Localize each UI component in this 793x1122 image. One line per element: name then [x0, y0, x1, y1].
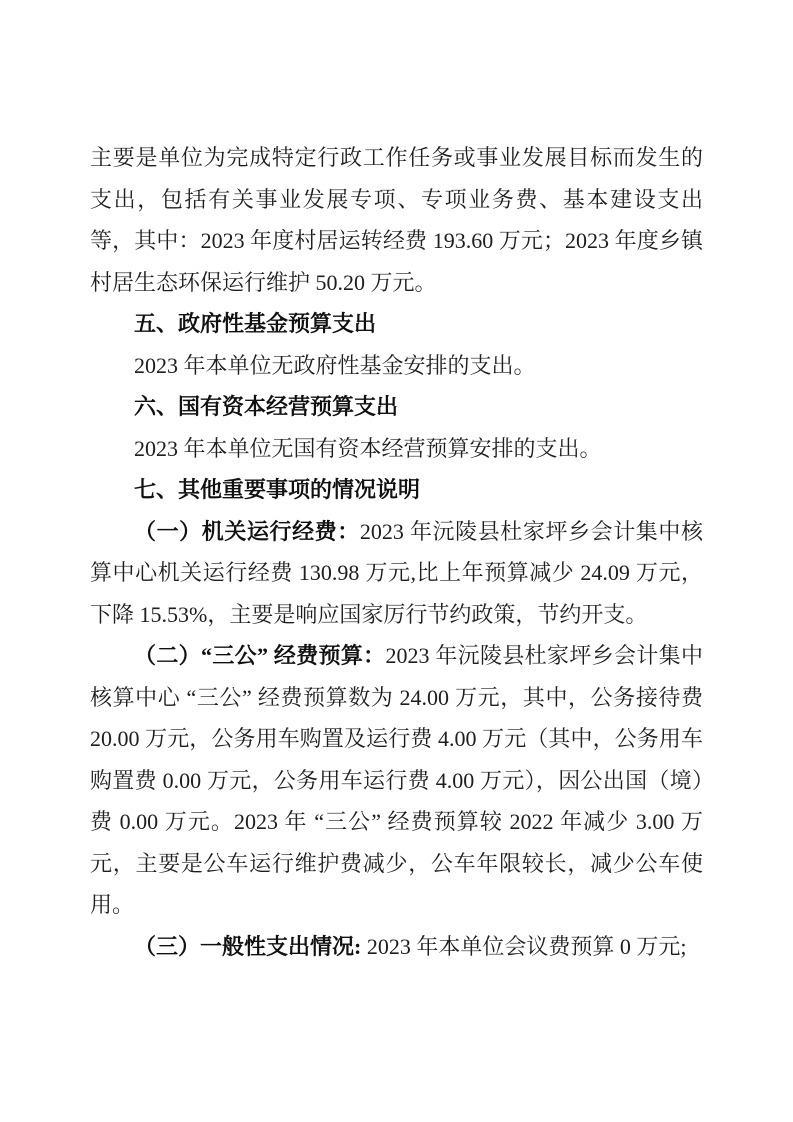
bold-lead-in: 五、政府性基金预算支出 [134, 311, 376, 336]
paragraph: 2023 年本单位无政府性基金安排的支出。 [90, 345, 703, 387]
bold-lead-in: 六、国有资本经营预算支出 [134, 394, 398, 419]
text-run: 2023 年本单位会议费预算 0 万元; [361, 934, 686, 959]
text-run: 主要是单位为完成特定行政工作任务或事业发展目标而发生的支出，包括有关事业发展专项… [90, 145, 703, 295]
paragraph: （一）机关运行经费：2023 年沅陵县杜家坪乡会计集中核算中心机关运行经费 13… [90, 511, 703, 636]
section-heading: 六、国有资本经营预算支出 [90, 386, 703, 428]
section-heading: 五、政府性基金预算支出 [90, 303, 703, 345]
paragraph: 2023 年本单位无国有资本经营预算安排的支出。 [90, 428, 703, 470]
text-run: 2023 年本单位无政府性基金安排的支出。 [134, 353, 536, 378]
bold-lead-in: （二）“三公” 经费预算： [134, 643, 386, 668]
paragraph: （二）“三公” 经费预算：2023 年沅陵县杜家坪乡会计集中核算中心 “三公” … [90, 635, 703, 926]
text-run: 2023 年本单位无国有资本经营预算安排的支出。 [134, 436, 602, 461]
text-run: 2023 年沅陵县杜家坪乡会计集中核算中心 “三公” 经费预算数为 24.00 … [90, 643, 703, 917]
bold-lead-in: （三）一般性支出情况: [134, 934, 361, 959]
paragraph: 主要是单位为完成特定行政工作任务或事业发展目标而发生的支出，包括有关事业发展专项… [90, 137, 703, 303]
document-body: 主要是单位为完成特定行政工作任务或事业发展目标而发生的支出，包括有关事业发展专项… [90, 137, 703, 967]
document-page: 主要是单位为完成特定行政工作任务或事业发展目标而发生的支出，包括有关事业发展专项… [0, 0, 793, 1122]
bold-lead-in: （一）机关运行经费： [134, 519, 360, 544]
bold-lead-in: 七、其他重要事项的情况说明 [134, 477, 420, 502]
section-heading: 七、其他重要事项的情况说明 [90, 469, 703, 511]
paragraph: （三）一般性支出情况: 2023 年本单位会议费预算 0 万元; [90, 926, 703, 968]
